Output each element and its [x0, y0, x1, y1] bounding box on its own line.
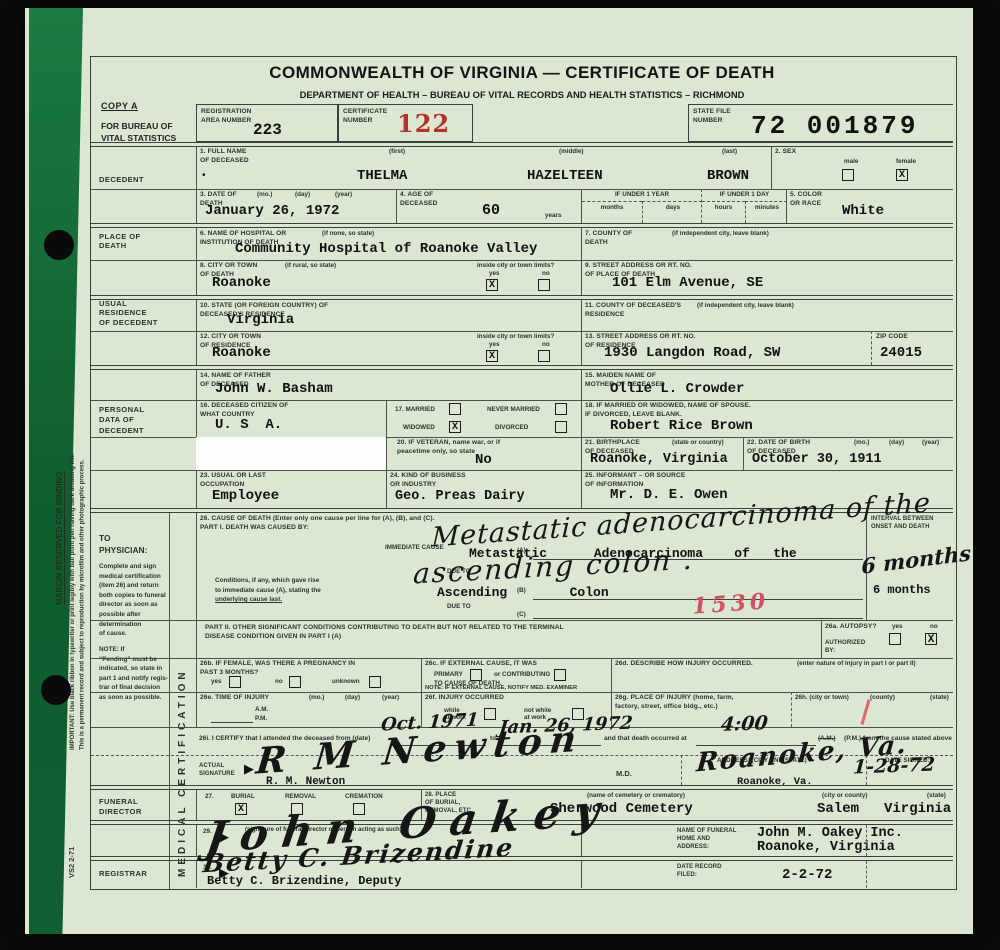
field-state-residence: 10. STATE (OR FOREIGN COUNTRY) OF DECEAS… — [196, 300, 582, 331]
row-death-date-age: 3. DATE OF DEATH (mo.) (day) (year) Janu… — [91, 189, 953, 223]
field-city-of-death: 8. CITY OR TOWN OF DEATH (if rural, so s… — [196, 260, 582, 295]
pregnancy-yes-checkbox — [229, 676, 241, 688]
field-date-of-death: 3. DATE OF DEATH (mo.) (day) (year) Janu… — [196, 189, 397, 223]
row-pregnancy-external: 26b. IF FEMALE, WAS THERE A PREGNANCY IN… — [91, 658, 953, 693]
cap-day: (day) — [295, 191, 310, 198]
business-value: Geo. Preas Dairy — [395, 489, 525, 504]
field-date-filed: DATE RECORD FILED: 2-2-72 — [581, 861, 867, 888]
field-zip: ZIP CODE 24015 — [871, 331, 954, 365]
months-cap: months — [582, 204, 642, 211]
pregnancy-no-checkbox — [289, 676, 301, 688]
occupation-value: Employee — [212, 488, 279, 504]
limits-no-cap: no — [542, 270, 550, 277]
copy-label: COPY A — [101, 101, 138, 111]
conditions-note-2: underlying cause last. — [215, 595, 282, 605]
photo-backdrop: MARGIN RESERVED FOR BINDING IMPORTANT: U… — [0, 0, 1000, 950]
registrar-row-right-spacer — [866, 861, 954, 888]
limits-yes-checkbox: X — [486, 279, 498, 291]
authorized-by-label: AUTHORIZED BY: — [825, 640, 865, 656]
time-stamp-1530: 1530 — [691, 588, 770, 619]
birthplace-value: Roanoke, Virginia — [590, 452, 728, 467]
field-color-or-race: 5. COLOR OR RACE White — [786, 189, 954, 223]
field-veteran: 20. IF VETERAN, name war, or if peacetim… — [386, 437, 582, 470]
state-file-label: STATE FILE NUMBER — [693, 108, 731, 125]
interval-typed: 6 months — [873, 583, 931, 597]
registration-area-value: 223 — [253, 121, 282, 139]
am-cap: A.M. — [255, 706, 268, 713]
field-birthplace: 21. BIRTHPLACE OF DECEASED (state or cou… — [581, 437, 744, 470]
married-cap: 17. MARRIED — [395, 406, 435, 413]
limits-yes-cap: yes — [489, 270, 500, 277]
external-cause-label: 26c. IF EXTERNAL CAUSE, IT WAS — [425, 660, 537, 669]
city-of-death-value: Roanoke — [212, 275, 271, 291]
how-injury-label: 26d. DESCRIBE HOW INJURY OCCURRED. — [615, 660, 753, 669]
age-label: 4. AGE OF DECEASED — [400, 191, 437, 208]
spouse-label: 18. IF MARRIED OR WIDOWED, NAME OF SPOUS… — [585, 402, 751, 419]
autopsy-yes-cap: yes — [892, 623, 903, 630]
res-limits-cap: inside city or town limits? — [477, 333, 554, 340]
zip-value: 24015 — [880, 345, 922, 361]
while-at-work-checkbox — [484, 708, 496, 720]
certificate-number-label: CERTIFICATE NUMBER — [343, 108, 387, 125]
sex-female-checkbox: X — [896, 169, 908, 181]
dob-value: October 30, 1911 — [752, 452, 882, 467]
cap-first: (first) — [389, 148, 405, 155]
pregnancy-yes-cap: yes — [211, 678, 222, 685]
county-of-death-cap: (if independent city, leave blank) — [672, 230, 769, 237]
citizen-value: U. S A. — [215, 417, 282, 433]
field-city-residence: 12. CITY OR TOWN OF RESIDENCE Roanoke in… — [196, 331, 582, 365]
field-injury-city: 26h. (city or town) (county) (state) — [791, 692, 954, 727]
name-first-value: THELMA — [357, 168, 407, 184]
red-slash-mark — [860, 699, 870, 725]
field-spouse: 18. IF MARRIED OR WIDOWED, NAME OF SPOUS… — [581, 400, 954, 437]
cap-year: (year) — [335, 191, 352, 198]
signature-pointer-icon: ▶ — [244, 761, 254, 777]
row-city-residence: 12. CITY OR TOWN OF RESIDENCE Roanoke in… — [91, 331, 953, 365]
cap-middle: (middle) — [559, 148, 584, 155]
res-limits-yes-checkbox: X — [486, 350, 498, 362]
field-county-residence: 11. COUNTY OF DECEASED'S RESIDENCE (if i… — [581, 300, 954, 331]
time-injury-label: 26e. TIME OF INJURY — [200, 694, 269, 703]
cap-mo: (mo.) — [257, 191, 272, 198]
injury-county-cap: (county) — [870, 694, 895, 701]
row-state-residence: 10. STATE (OR FOREIGN COUNTRY) OF DECEAS… — [91, 300, 953, 332]
name-middle-value: HAZELTEEN — [527, 168, 603, 184]
dob-cap-day: (day) — [889, 439, 904, 446]
res-limits-no-checkbox — [538, 350, 550, 362]
certificate-title: COMMONWEALTH OF VIRGINIA — CERTIFICATE O… — [91, 63, 953, 83]
contributing-cap: or CONTRIBUTING — [494, 671, 550, 678]
birthplace-cap: (state or country) — [672, 439, 724, 446]
md-cap: M.D. — [616, 769, 632, 778]
sex-female-cap: female — [896, 158, 916, 165]
limits-cap: inside city or town limits? — [477, 262, 554, 269]
autopsy-no-checkbox: X — [925, 633, 937, 645]
field-autopsy: 26a. AUTOPSY? yes no X AUTHORIZED BY: — [821, 620, 954, 658]
field-hospital: 6. NAME OF HOSPITAL OR INSTITUTION OF DE… — [196, 228, 582, 260]
county-of-death-label: 7. COUNTY OF DEATH — [585, 230, 632, 247]
cremation-cap: CREMATION — [345, 793, 383, 800]
name-last-value: BROWN — [707, 168, 749, 184]
row-veteran-birth: 20. IF VETERAN, name war, or if peacetim… — [91, 437, 953, 471]
limits-no-checkbox — [538, 279, 550, 291]
state-file-value: 72 001879 — [751, 111, 918, 141]
divorced-cap: DIVORCED — [495, 424, 528, 431]
binding-margin-note: IMPORTANT: Use black ribbon in typewrite… — [69, 360, 88, 750]
state-file-box: STATE FILE NUMBER 72 001879 — [688, 104, 953, 142]
form-code: VS2 2-71 — [67, 808, 76, 878]
certify-occurred-cap: and that death occurred at — [604, 735, 687, 742]
inj-cap-mo: (mo.) — [309, 694, 324, 701]
burial-cap: BURIAL — [231, 793, 255, 800]
pregnancy-unknown-checkbox — [369, 676, 381, 688]
married-checkbox — [449, 403, 461, 415]
certificate-form: COMMONWEALTH OF VIRGINIA — CERTIFICATE O… — [90, 56, 957, 890]
date-signed-handwriting: 1-28-72 — [852, 754, 935, 779]
injury-city-cap: 26h. (city or town) — [795, 694, 849, 701]
inj-cap-year: (year) — [382, 694, 399, 701]
sex-male-cap: male — [844, 158, 858, 165]
field-redacted — [196, 437, 386, 470]
row-part2-autopsy: PART II. OTHER SIGNIFICANT CONDITIONS CO… — [91, 620, 953, 659]
row-city-of-death: 8. CITY OR TOWN OF DEATH (if rural, so s… — [91, 260, 953, 295]
copy-for-label: FOR BUREAU OF VITAL STATISTICS — [101, 121, 176, 144]
field-under-1-day: IF UNDER 1 DAY hours minutes — [701, 189, 787, 223]
spouse-value: Robert Rice Brown — [610, 418, 753, 434]
row-name-sex: 1. FULL NAME OF DECEASED (first) (middle… — [91, 146, 953, 190]
sex-male-checkbox — [842, 169, 854, 181]
due-to-cap-2: DUE TO — [447, 603, 471, 610]
hours-cap: hours — [702, 204, 745, 211]
pregnancy-label: 26b. IF FEMALE, WAS THERE A PREGNANCY IN… — [200, 660, 355, 677]
field-business: 24. KIND OF BUSINESS OR INDUSTRY Geo. Pr… — [386, 470, 582, 508]
hospital-cap: (if none, so state) — [322, 230, 374, 237]
pregnancy-unknown-cap: unknown — [332, 678, 360, 685]
disposition-number: 27. — [205, 793, 214, 800]
city-of-death-cap: (if rural, so state) — [285, 262, 336, 269]
certificate-number-value: 122 — [397, 109, 450, 138]
age-years-cap: years — [545, 212, 561, 219]
res-limits-no-cap: no — [542, 341, 550, 348]
field-street-of-death: 9. STREET ADDRESS OR RT. NO. OF PLACE OF… — [581, 260, 954, 295]
autopsy-yes-checkbox — [889, 633, 901, 645]
minutes-cap: minutes — [746, 204, 788, 211]
widowed-cap: WIDOWED — [403, 424, 435, 431]
bullet-icon: • — [202, 170, 206, 181]
mother-value: Ollie L. Crowder — [610, 381, 744, 397]
how-injury-cap: (enter nature of injury in part I or par… — [797, 660, 916, 667]
field-father: 14. NAME OF FATHER OF DECEASED John W. B… — [196, 370, 582, 400]
field-sex: 2. SEX male female X — [771, 146, 954, 189]
burial-state-cap: (state) — [927, 792, 946, 799]
field-age: 4. AGE OF DECEASED 60 years — [396, 189, 582, 223]
cap-last: (last) — [722, 148, 737, 155]
line-c-cap: (C) — [517, 611, 526, 618]
field-county-of-death: 7. COUNTY OF DEATH (if independent city,… — [581, 228, 954, 260]
state-residence-value: Virginia — [227, 312, 294, 328]
burial-city-value: Salem — [817, 801, 859, 817]
inj-cap-day: (day) — [345, 694, 360, 701]
row-hospital: 6. NAME OF HOSPITAL OR INSTITUTION OF DE… — [91, 228, 953, 261]
field-occupation: 23. USUAL OR LAST OCCUPATION Employee — [196, 470, 387, 508]
county-residence-cap: (if independent city, leave blank) — [697, 302, 794, 309]
burial-city-cap: (city or county) — [822, 792, 867, 799]
external-note: NOTE: IF EXTERNAL CAUSE, NOTIFY MED. EXA… — [425, 685, 577, 691]
never-married-cap: NEVER MARRIED — [487, 406, 540, 413]
pregnancy-no-cap: no — [275, 678, 283, 685]
certificate-subtitle: DEPARTMENT OF HEALTH – BUREAU OF VITAL R… — [91, 89, 953, 100]
binding-margin-title: MARGIN RESERVED FOR BINDING — [55, 360, 64, 605]
field-pregnancy: 26b. IF FEMALE, WAS THERE A PREGNANCY IN… — [196, 658, 422, 692]
father-value: John W. Basham — [215, 381, 333, 397]
field-part2: PART II. OTHER SIGNIFICANT CONDITIONS CO… — [196, 620, 822, 658]
cause-label: 26. CAUSE OF DEATH (Enter only one cause… — [200, 515, 435, 532]
actual-signature-label: ACTUAL SIGNATURE — [199, 763, 235, 779]
sex-label: 2. SEX — [775, 148, 796, 157]
hospital-value: Community Hospital of Roanoke Valley — [235, 241, 537, 257]
date-of-death-value: January 26, 1972 — [205, 203, 339, 219]
under-1-year-label: IF UNDER 1 YEAR — [582, 191, 702, 198]
zip-label: ZIP CODE — [876, 333, 908, 342]
res-limits-yes-cap: yes — [489, 341, 500, 348]
street-of-death-value: 101 Elm Avenue, SE — [612, 275, 763, 291]
autopsy-label: 26a. AUTOPSY? — [825, 623, 877, 632]
punch-hole-bottom — [41, 675, 71, 705]
dob-cap-year: (year) — [922, 439, 939, 446]
registration-area-label: REGISTRATION AREA NUMBER — [201, 108, 252, 125]
injury-occurred-label: 26f. INJURY OCCURRED — [425, 694, 504, 703]
part2-label: PART II. OTHER SIGNIFICANT CONDITIONS CO… — [205, 624, 564, 641]
primary-cap: PRIMARY — [434, 671, 463, 678]
full-name-label: 1. FULL NAME OF DECEASED — [200, 148, 249, 165]
city-residence-value: Roanoke — [212, 345, 271, 361]
burial-state-value: Virginia — [884, 801, 951, 817]
occupation-label: 23. USUAL OR LAST OCCUPATION — [200, 472, 266, 489]
widowed-checkbox: X — [449, 421, 461, 433]
place-of-injury-label: 26g. PLACE OF INJURY (home, farm, factor… — [615, 694, 734, 711]
veteran-value: No — [475, 452, 492, 468]
never-married-checkbox — [555, 403, 567, 415]
field-mother: 15. MAIDEN NAME OF MOTHER OF DECEASED Ol… — [581, 370, 954, 400]
punch-hole-top — [44, 230, 74, 260]
color-race-value: White — [842, 203, 884, 219]
certificate-number-box: CERTIFICATE NUMBER 122 — [338, 104, 473, 142]
field-full-name: 1. FULL NAME OF DECEASED (first) (middle… — [196, 146, 772, 189]
field-citizen: 16. DECEASED CITIZEN OF WHAT COUNTRY U. … — [196, 400, 387, 437]
age-value: 60 — [482, 202, 500, 219]
divorced-checkbox — [555, 421, 567, 433]
removal-cap: REMOVAL — [285, 793, 316, 800]
date-filed-label: DATE RECORD FILED: — [677, 864, 722, 880]
row-parents: 14. NAME OF FATHER OF DECEASED John W. B… — [91, 370, 953, 401]
field-external-cause: 26c. IF EXTERNAL CAUSE, IT WAS PRIMARY o… — [421, 658, 612, 692]
street-residence-value: 1930 Langdon Road, SW — [604, 345, 780, 361]
field-street-residence: 13. STREET ADDRESS OR RT. NO. OF RESIDEN… — [581, 331, 872, 365]
color-race-label: 5. COLOR OR RACE — [790, 191, 822, 208]
certify-time-handwriting: 4:00 — [720, 712, 769, 736]
field-under-1-year: IF UNDER 1 YEAR months days — [581, 189, 702, 223]
informant-value: Mr. D. E. Owen — [610, 487, 728, 503]
row-citizen-marital: 16. DECEASED CITIZEN OF WHAT COUNTRY U. … — [91, 400, 953, 438]
contributing-checkbox — [554, 669, 566, 681]
death-certificate-document: MARGIN RESERVED FOR BINDING IMPORTANT: U… — [25, 8, 973, 934]
under-1-day-label: IF UNDER 1 DAY — [702, 191, 787, 198]
field-marital-status: 17. MARRIED NEVER MARRIED WIDOWED X DIVO… — [386, 400, 582, 437]
date-filed-value: 2-2-72 — [782, 867, 832, 883]
field-how-injury: 26d. DESCRIBE HOW INJURY OCCURRED. (ente… — [611, 658, 954, 692]
dob-cap-mo: (mo.) — [854, 439, 869, 446]
field-funeral-home: NAME OF FUNERAL HOME AND ADDRESS: John M… — [581, 825, 867, 856]
funeral-row-right-spacer — [866, 825, 954, 856]
autopsy-no-cap: no — [930, 623, 938, 630]
county-residence-label: 11. COUNTY OF DECEASED'S RESIDENCE — [585, 302, 681, 319]
injury-state-cap: (state) — [930, 694, 949, 701]
funeral-home-label: NAME OF FUNERAL HOME AND ADDRESS: — [677, 828, 737, 851]
pm-cap: P.M. — [255, 715, 267, 722]
days-cap: days — [643, 204, 703, 211]
business-label: 24. KIND OF BUSINESS OR INDUSTRY — [390, 472, 466, 489]
conditions-note-1: Conditions, if any, which gave rise to i… — [215, 576, 355, 595]
registration-area-box: REGISTRATION AREA NUMBER 223 — [196, 104, 338, 142]
field-date-of-birth: 22. DATE OF BIRTH OF DECEASED (mo.) (day… — [743, 437, 954, 470]
